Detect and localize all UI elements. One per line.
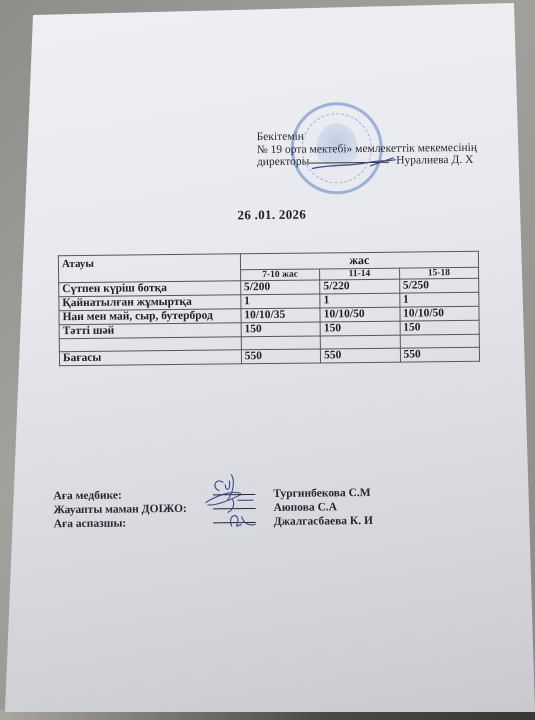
director-name: Нуралиева Д. Х bbox=[396, 154, 473, 167]
staff-person: Тургинбекова С.М bbox=[273, 486, 370, 501]
document-page: Бекітемін № 19 орта мектебі» мемлекеттік… bbox=[0, 0, 535, 720]
price-value: 550 bbox=[321, 348, 401, 363]
header-name: Атауы bbox=[58, 254, 240, 283]
price-label: Бағасы bbox=[59, 350, 241, 366]
portion-value: 1 bbox=[399, 292, 479, 307]
portion-value: 10/10/35 bbox=[241, 308, 321, 323]
portion-value bbox=[241, 336, 321, 350]
portion-value: 150 bbox=[320, 321, 400, 336]
portion-value bbox=[320, 335, 400, 349]
portion-value bbox=[400, 334, 480, 348]
portion-value: 10/10/50 bbox=[400, 306, 480, 321]
portion-value: 10/10/50 bbox=[320, 307, 400, 322]
header-age-2: 15-18 bbox=[399, 267, 479, 279]
menu-table: Атауы жас 7-10 жас 11-14 15-18 Сүтпен кү… bbox=[58, 251, 480, 366]
document-date: 26 .01. 2026 bbox=[237, 207, 306, 224]
portion-value: 150 bbox=[241, 322, 321, 337]
staff-role: Аға аспазшы: bbox=[54, 517, 127, 532]
staff-role: Аға медбике: bbox=[53, 489, 122, 504]
portion-value: 5/250 bbox=[399, 278, 479, 293]
header-age-0: 7-10 жас bbox=[240, 269, 320, 281]
approval-position: директоры bbox=[257, 156, 310, 169]
header-age-1: 11-14 bbox=[320, 268, 400, 280]
director-signature-icon bbox=[310, 154, 400, 175]
portion-value: 5/220 bbox=[320, 279, 400, 294]
staff-person: Аюпова С.А bbox=[273, 500, 337, 515]
price-row: Бағасы 550 550 550 bbox=[59, 347, 479, 365]
portion-value: 150 bbox=[400, 320, 480, 335]
portion-value: 1 bbox=[320, 293, 400, 308]
portion-value: 1 bbox=[241, 294, 321, 309]
price-value: 550 bbox=[241, 349, 321, 364]
price-value: 550 bbox=[400, 347, 480, 362]
handwritten-signatures-icon bbox=[201, 470, 272, 541]
portion-value: 5/200 bbox=[240, 280, 320, 295]
staff-person: Джалгасбаева К. И bbox=[274, 514, 373, 529]
staff-role: Жауапты маман ДОІЖО: bbox=[53, 502, 186, 517]
